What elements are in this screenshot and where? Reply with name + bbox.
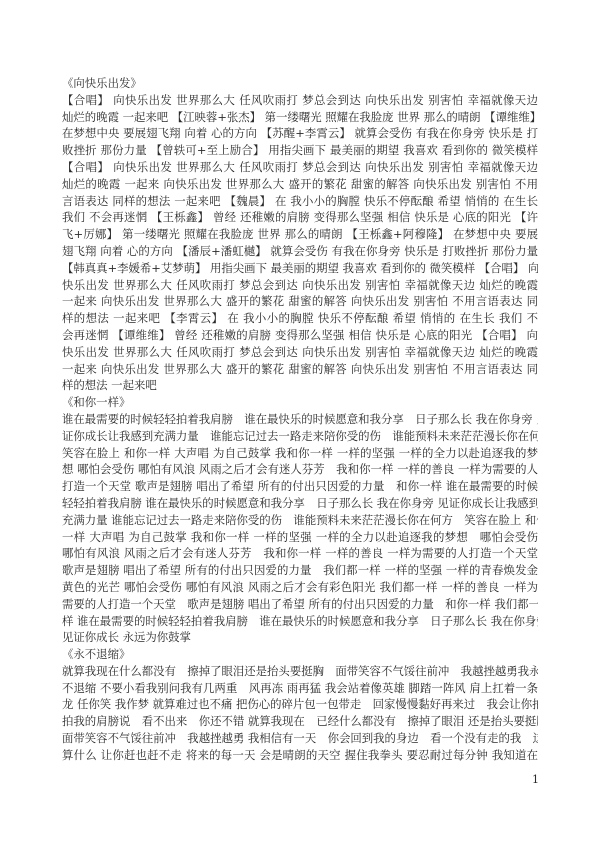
lyric-line: 【合唱】 向快乐出发 世界那么大 任风吹雨打 梦总会到达 向快乐出发 别害怕 幸…	[62, 159, 538, 176]
lyric-line: 龙 任你笑 我作梦 就算难过也不痛 把伤心的碎片包一包带走 回家慢慢黏好再来过 …	[62, 696, 538, 713]
lyric-line: 灿烂的晚霞 一起来吧 【江映蓉+张杰】 第一缕曙光 照耀在我脸庞 世界 那么的晴…	[62, 109, 538, 126]
lyric-line: 【合唱】 向快乐出发 世界那么大 任风吹雨打 梦总会到达 向快乐出发 别害怕 幸…	[62, 92, 538, 109]
lyric-line: 充满力量 谁能忘记过去一路走来陪你受的伤 谁能预料未来茫茫漫长你在何方 笑容在脸…	[62, 512, 538, 529]
lyric-line: 言语表达 同样的想法 一起来吧 【魏晨】 在 我小小的胸膛 快乐不停酝酿 希望 …	[62, 193, 538, 210]
lyric-line: 灿烂的晚霞 一起来 向快乐出发 世界那么大 盛开的繁花 甜蜜的解答 向快乐出发 …	[62, 176, 538, 193]
lyric-line: 哪怕有风浪 风雨之后才会有迷人芬芳 我和你一样 一样的善良 一样为需要的人打造一…	[62, 545, 538, 562]
lyric-line: 样 谁在最需要的时候轻轻拍着我肩膀 谁在最快乐的时候愿意和我分享 日子那么长 我…	[62, 613, 538, 630]
lyric-line: 快乐出发 世界那么大 任风吹雨打 梦总会到达 向快乐出发 别害怕 幸福就像天边 …	[62, 344, 538, 361]
song-title: 《和你一样》	[62, 394, 538, 411]
lyric-line: 证你成长让我感到充满力量 谁能忘记过去一路走来陪你受的伤 谁能预料未来茫茫漫长你…	[62, 428, 538, 445]
lyric-line: 算什么 让你赶也赶不走 将来的每一天 会是晴朗的天空 握住我拳头 要忍耐过每分钟…	[62, 747, 538, 764]
lyric-line: 一起来 向快乐出发 世界那么大 盛开的繁花 甜蜜的解答 向快乐出发 别害怕 不用…	[62, 293, 538, 310]
lyric-line: 需要的人打造一个天堂 歌声是翅膀 唱出了希望 所有的付出只因爱的力量 和你一样 …	[62, 596, 538, 613]
lyric-line: 在梦想中央 要展翅飞翔 向着 心的方向 【苏醒+李霄云】 就算会受伤 有我在你身…	[62, 125, 538, 142]
lyric-line: 样的想法 一起来吧	[62, 377, 538, 394]
page-number: 1	[532, 773, 539, 786]
song-title: 《永不退缩》	[62, 646, 538, 663]
song-title: 《向快乐出发》	[62, 75, 538, 92]
lyric-line: 就算我现在什么都没有 擦掉了眼泪还是抬头要挺胸 面带笑容不气馁往前冲 我越挫越勇…	[62, 663, 538, 680]
lyric-line: 黄色的光芒 哪怕会受伤 哪怕有风浪 风雨之后才会有彩色阳光 我们都一样 一样的善…	[62, 579, 538, 596]
lyric-line: 歌声是翅膀 唱出了希望 所有的付出只因爱的力量 我们都一样 一样的坚强 一样的青…	[62, 562, 538, 579]
lyric-line: 拍我的肩膀说 看不出来 你还不错 就算我现在 已经什么都没有 擦掉了眼泪 还是抬…	[62, 713, 538, 730]
lyric-line: 我们 不会再迷惘 【王栎鑫】 曾经 还稚嫩的肩膀 变得那么坚强 相信 快乐是 心…	[62, 209, 538, 226]
lyric-line: 笑容在脸上 和你一样 大声唱 为自己鼓掌 我和你一样 一样的坚强 一样的全力以赴…	[62, 445, 538, 462]
lyric-line: 会再迷惘 【谭维维】 曾经 还稚嫩的肩膀 变得那么坚强 相信 快乐是 心底的阳光…	[62, 327, 538, 344]
lyric-line: 飞+厉娜】 第一缕曙光 照耀在我脸庞 世界 那么的晴朗 【王栎鑫+阿穆隆】 在梦…	[62, 226, 538, 243]
lyric-line: 面带笑容不气馁往前冲 我越挫越勇 我相信有一天 你会回到我的身边 看一个没有走的…	[62, 730, 538, 747]
lyric-line: 一起来 向快乐出发 世界那么大 盛开的繁花 甜蜜的解答 向快乐出发 别害怕 不用…	[62, 361, 538, 378]
lyric-line: 轻轻拍着我肩膀 谁在最快乐的时候愿意和我分享 日子那么长 我在你身旁 见证你成长…	[62, 495, 538, 512]
lyric-line: 想 哪怕会受伤 哪怕有风浪 风雨之后才会有迷人芬芳 我和你一样 一样的善良 一样…	[62, 461, 538, 478]
lyric-line: 翅飞翔 向着 心的方向 【潘辰+潘虹樾】 就算会受伤 有我在你身旁 快乐是 打败…	[62, 243, 538, 260]
lyric-line: 见证你成长 永远为你鼓掌	[62, 629, 538, 646]
document-page: 《向快乐出发》 【合唱】 向快乐出发 世界那么大 任风吹雨打 梦总会到达 向快乐…	[62, 75, 538, 764]
lyric-line: 一样 大声唱 为自己鼓掌 我和你一样 一样的坚强 一样的全力以赴追逐我的梦想 哪…	[62, 529, 538, 546]
lyric-line: 【韩真真+李媛希+艾梦萌】 用指尖画下 最美丽的期望 我喜欢 看到你的 微笑模样…	[62, 260, 538, 277]
lyric-line: 败挫折 那份力量 【曾轶可+至上励合】 用指尖画下 最美丽的期望 我喜欢 看到你…	[62, 142, 538, 159]
lyric-line: 打造一个天堂 歌声是翅膀 唱出了希望 所有的付出只因爱的力量 和你一样 谁在最需…	[62, 478, 538, 495]
lyric-line: 不退缩 不要小看我别问我有几两重 风再冻 雨再猛 我会站着像英雄 脚踏一阵风 肩…	[62, 680, 538, 697]
lyric-line: 快乐出发 世界那么大 任风吹雨打 梦总会到达 向快乐出发 别害怕 幸福就像天边 …	[62, 277, 538, 294]
lyric-line: 谁在最需要的时候轻轻拍着我肩膀 谁在最快乐的时候愿意和我分享 日子那么长 我在你…	[62, 411, 538, 428]
lyric-line: 样的想法 一起来吧 【李霄云】 在 我小小的胸膛 快乐不停酝酿 希望 悄悄的 在…	[62, 310, 538, 327]
